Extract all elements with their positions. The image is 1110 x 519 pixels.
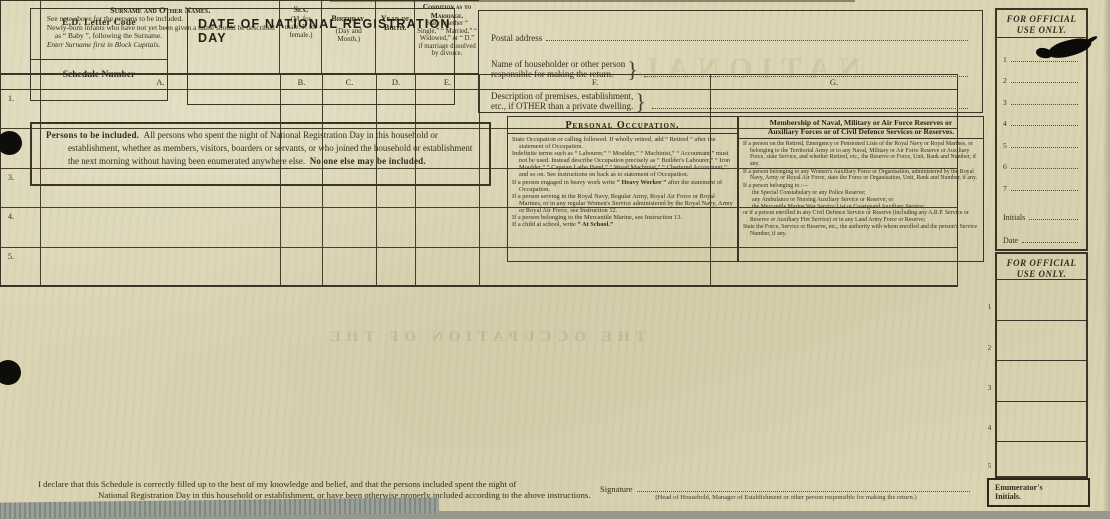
householder-line [644,75,968,77]
address-box: Postal address Name of householder or ot… [478,10,983,113]
date-title: DATE OF NATIONAL REGISTRATION DAY [188,9,454,45]
official-line-number: 4 [1003,119,1007,128]
initials-label: Initials [1003,213,1025,222]
instruction-paragraph: If a person on the Retired, Emergency or… [743,141,980,167]
date-label: Date [1003,236,1018,245]
official-line-number: 6 [1003,162,1007,171]
surname-cell [41,248,281,287]
initials-line [1029,218,1078,220]
official-line-number: 5 [1003,141,1007,150]
paper-edge-shadow [1103,0,1110,511]
personal-occupation-instructions: State Occupation or calling followed. If… [508,134,737,228]
personal-occupation-title: Personal Occupation. [508,117,737,134]
side-row-number: 4 [985,424,994,432]
instruction-paragraph: any Ambulance or Nursing Auxiliary Servi… [743,197,980,204]
reserves-membership-header: Membership of Naval, Military or Air For… [738,116,984,262]
paper-edge-artifact [330,0,855,2]
official-line [1011,167,1078,169]
instruction-paragraph: State the Force, Service or Reserve, etc… [743,224,980,237]
official-line-number: 7 [1003,184,1007,193]
official-use-lines: 1 2 3 4 5 6 7 Initials Date [997,38,1086,245]
enumerator-initials-label: Enumerator's Initials. [989,480,1088,501]
official-line [1011,81,1078,83]
persons-note-text: Persons to be included. All persons who … [32,124,489,167]
official-line-number: 3 [1003,98,1007,107]
punch-hole-icon [0,360,21,385]
official-use-cell [997,442,1086,483]
surname-cell [41,208,281,246]
schedule-number-label: Schedule Number [31,60,167,80]
official-use-title: FOR OFFICIAL USE ONLY. [997,254,1086,280]
ink-mark-icon [1036,36,1098,62]
side-row-number: 3 [985,384,994,392]
official-line [1011,103,1078,105]
side-row-number: 2 [985,344,994,352]
official-use-bottom-box: FOR OFFICIAL USE ONLY. [995,252,1088,478]
ed-code-box: E.D. Letter Code Schedule Number [30,8,168,101]
personal-occupation-header: Personal Occupation. State Occupation or… [507,116,738,262]
side-row-number: 1 [985,303,994,311]
householder-label: Name of householder or other person resp… [491,59,625,79]
side-row-number: 5 [985,462,994,470]
official-line [1011,124,1078,126]
instruction-paragraph: or if a person enrolled in any Civil Def… [743,210,980,223]
instruction-paragraph: State Occupation or calling followed. If… [512,136,734,150]
instruction-paragraph: If a person belonging to any Women's Aux… [743,169,980,182]
instruction-paragraph: If a child at school, write “ At School.… [512,221,734,228]
instruction-paragraph: If a person engaged in heavy work write … [512,179,734,193]
marriage-cell [416,208,480,246]
instruction-paragraph: If a person serving in the Royal Navy, R… [512,193,734,214]
signature-label: Signature [600,484,633,494]
persons-note-box: Persons to be included. All persons who … [30,122,491,186]
postal-address-label: Postal address [491,33,542,43]
enumerator-initials-box: Enumerator's Initials. [987,478,1090,507]
signature-line [637,490,970,492]
instruction-paragraph: If a person belonging to :— [743,183,980,190]
official-use-cell [997,361,1086,402]
ed-letter-code-label: E.D. Letter Code [31,9,167,60]
sex-cell [281,208,323,246]
reserves-membership-instructions: If a person on the Retired, Emergency or… [739,139,983,237]
premises-row: Description of premises, establishment, … [491,91,970,111]
official-use-cell [997,402,1086,443]
official-use-cell [997,280,1086,321]
birthday-cell [323,248,377,287]
instruction-paragraph: If a person belonging to the Mercantile … [512,214,734,221]
postal-address-line [546,39,968,41]
official-use-cell [997,321,1086,362]
instruction-paragraph: the Special Constabulary or any Police R… [743,190,980,197]
signature-caption: (Head of Household, Manager of Establish… [600,494,972,501]
official-line [1011,189,1078,191]
brace-icon: } [635,93,646,111]
reserves-membership-title: Membership of Naval, Military or Air For… [739,117,983,139]
row-number: 5. [1,248,41,287]
registration-date-box: DATE OF NATIONAL REGISTRATION DAY [187,8,455,105]
declaration-line: I declare that this Schedule is correctl… [38,479,603,490]
registration-schedule-form: NATIONAL THE OCCUPATION OF THE E.D. Lett… [0,0,1110,511]
sex-cell [281,248,323,287]
instruction-paragraph: Indefinite terms such as “ Labourer,” “ … [512,150,734,178]
official-line-number: 2 [1003,76,1007,85]
postal-address-row: Postal address [491,33,970,43]
marriage-cell [416,248,480,287]
birthday-cell [323,208,377,246]
signature-block: Signature (Head of Household, Manager of… [600,484,972,501]
declaration-text: I declare that this Schedule is correctl… [38,479,603,500]
year-cell [377,208,416,246]
premises-label: Description of premises, establishment, … [491,91,633,111]
official-use-title: FOR OFFICIAL USE ONLY. [997,10,1086,38]
householder-row: Name of householder or other person resp… [491,59,970,79]
brace-icon: } [627,61,638,79]
row-number: 4. [1,208,41,246]
year-cell [377,248,416,287]
bleed-through-text: THE OCCUPATION OF THE [175,329,795,346]
date-line [1022,241,1078,243]
official-line [1011,146,1078,148]
premises-line [652,107,968,109]
official-line-number: 1 [1003,55,1007,64]
